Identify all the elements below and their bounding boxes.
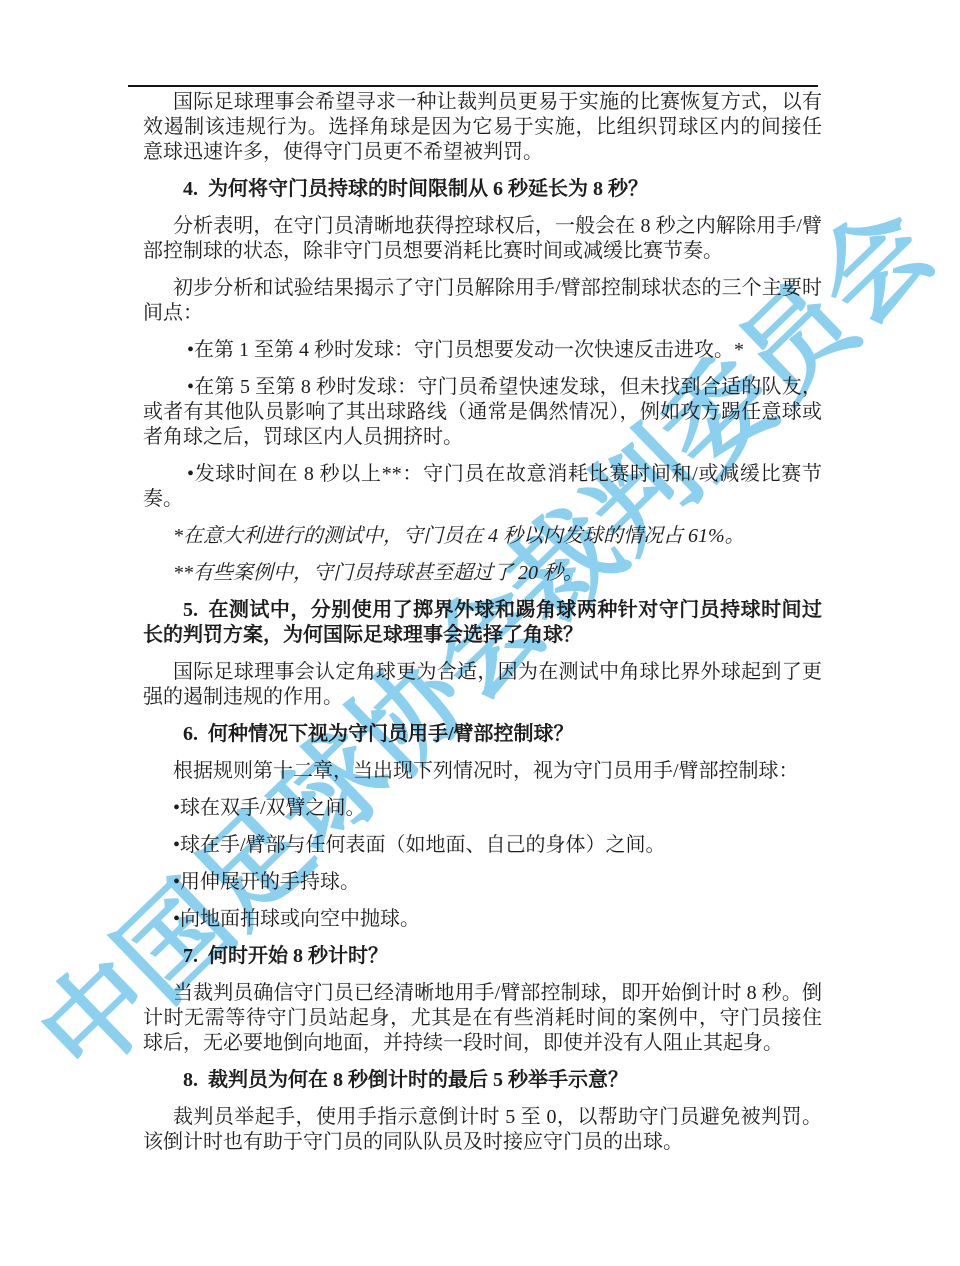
heading-question-4: 4. 为何将守门员持球的时间限制从 6 秒延长为 8 秒？ xyxy=(143,177,822,202)
paragraph-q5-answer: 国际足球理事会认定角球更为合适，因为在测试中角球比界外球起到了更强的遏制违规的作… xyxy=(143,660,822,710)
heading-question-8: 8. 裁判员为何在 8 秒倒计时的最后 5 秒举手示意？ xyxy=(143,1068,822,1093)
heading-question-6: 6. 何种情况下视为守门员用手/臂部控制球？ xyxy=(143,722,822,747)
heading-question-5: 5. 在测试中，分别使用了掷界外球和踢角球两种针对守门员持球时间过长的判罚方案，… xyxy=(143,598,822,648)
bullet-timepoint-2: •在第 5 至第 8 秒时发球：守门员希望快速发球，但未找到合适的队友，或者有其… xyxy=(143,375,822,450)
header-rule xyxy=(128,85,818,87)
paragraph-q8-answer: 裁判员举起手，使用手指示意倒计时 5 至 0，以帮助守门员避免被判罚。该倒计时也… xyxy=(143,1105,822,1155)
paragraph-intro: 国际足球理事会希望寻求一种让裁判员更易于实施的比赛恢复方式，以有效遏制该违规行为… xyxy=(143,90,822,165)
paragraph-q4-analysis: 分析表明，在守门员清晰地获得控球权后，一般会在 8 秒之内解除用手/臂部控制球的… xyxy=(143,214,822,264)
paragraph-q6-intro: 根据规则第十二章，当出现下列情况时，视为守门员用手/臂部控制球： xyxy=(143,759,822,784)
bullet-control-3: •用伸展开的手持球。 xyxy=(143,870,822,895)
bullet-control-4: •向地面拍球或向空中抛球。 xyxy=(143,907,822,932)
document-content: 国际足球理事会希望寻求一种让裁判员更易于实施的比赛恢复方式，以有效遏制该违规行为… xyxy=(143,90,822,1167)
bullet-timepoint-3: •发球时间在 8 秒以上**：守门员在故意消耗比赛时间和/或减缓比赛节奏。 xyxy=(143,462,822,512)
bullet-control-2: •球在手/臂部与任何表面（如地面、自己的身体）之间。 xyxy=(143,833,822,858)
paragraph-q7-answer: 当裁判员确信守门员已经清晰地用手/臂部控制球，即开始倒计时 8 秒。倒计时无需等… xyxy=(143,981,822,1056)
paragraph-q4-timepoints: 初步分析和试验结果揭示了守门员解除用手/臂部控制球状态的三个主要时间点： xyxy=(143,276,822,326)
bullet-timepoint-1: •在第 1 至第 4 秒时发球：守门员想要发动一次快速反击进攻。* xyxy=(143,338,822,363)
document-page: 中国足球协会裁判委员会 国际足球理事会希望寻求一种让裁判员更易于实施的比赛恢复方… xyxy=(0,0,960,1266)
footnote-1: *在意大利进行的测试中，守门员在 4 秒以内发球的情况占 61%。 xyxy=(143,524,822,549)
footnote-2: **有些案例中，守门员持球甚至超过了 20 秒。 xyxy=(143,561,822,586)
heading-question-7: 7. 何时开始 8 秒计时？ xyxy=(143,944,822,969)
bullet-control-1: •球在双手/双臂之间。 xyxy=(143,796,822,821)
